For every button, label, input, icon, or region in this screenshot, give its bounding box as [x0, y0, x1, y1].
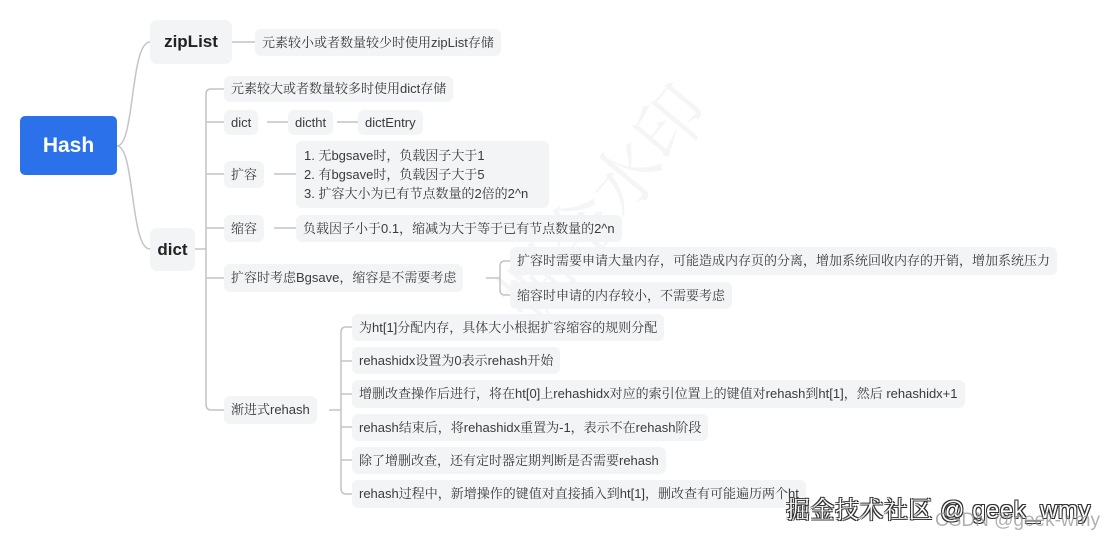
root-node-hash[interactable]: Hash — [20, 116, 117, 175]
shrink-detail[interactable]: 负载因子小于0.1，缩减为大于等于已有节点数量的2^n — [296, 215, 622, 242]
rehash-step-4[interactable]: rehash结束后，将rehashidx重置为-1，表示不在rehash阶段 — [352, 414, 708, 441]
ziplist-usage-note[interactable]: 元素较小或者数量较少时使用zipList存储 — [255, 29, 501, 56]
bgsave-node[interactable]: 扩容时考虑Bgsave，缩容是不需要考虑 — [224, 264, 463, 292]
expand-rule-3: 3. 扩容大小为已有节点数量的2倍的2^n — [304, 184, 541, 203]
dict-structure-dict[interactable]: dict — [224, 110, 258, 135]
expand-rule-2: 2. 有bgsave时，负载因子大于5 — [304, 165, 541, 184]
dict-structure-dictht[interactable]: dictht — [288, 110, 333, 135]
bgsave-shrink-reason[interactable]: 缩容时申请的内存较小，不需要考虑 — [510, 282, 732, 309]
expand-rule-1: 1. 无bgsave时，负载因子大于1 — [304, 146, 541, 165]
bgsave-expand-reason[interactable]: 扩容时需要申请大量内存，可能造成内存页的分离，增加系统回收内存的开销，增加系统压… — [510, 247, 1057, 275]
rehash-step-1[interactable]: 为ht[1]分配内存，具体大小根据扩容缩容的规则分配 — [352, 314, 664, 341]
dict-usage-note[interactable]: 元素较大或者数量较多时使用dict存储 — [224, 76, 453, 102]
rehash-node[interactable]: 渐进式rehash — [224, 396, 317, 424]
shrink-node[interactable]: 缩容 — [224, 215, 264, 242]
expand-node[interactable]: 扩容 — [224, 161, 264, 188]
csdn-watermark: CSDN @geek-wmy — [935, 510, 1100, 532]
rehash-step-6[interactable]: rehash过程中，新增操作的键值对直接插入到ht[1]，删改查有可能遍历两个h… — [352, 480, 806, 508]
branch-ziplist[interactable]: zipList — [150, 20, 232, 64]
dict-structure-dictentry[interactable]: dictEntry — [358, 110, 423, 135]
rehash-step-2[interactable]: rehashidx设置为0表示rehash开始 — [352, 347, 560, 374]
rehash-step-3[interactable]: 增删改查操作后进行，将在ht[0]上rehashidx对应的索引位置上的键值对r… — [352, 380, 965, 408]
branch-dict[interactable]: dict — [150, 228, 195, 271]
expand-details[interactable]: 1. 无bgsave时，负载因子大于1 2. 有bgsave时，负载因子大于5 … — [296, 141, 549, 208]
rehash-step-5[interactable]: 除了增删改查，还有定时器定期判断是否需要rehash — [352, 447, 666, 474]
